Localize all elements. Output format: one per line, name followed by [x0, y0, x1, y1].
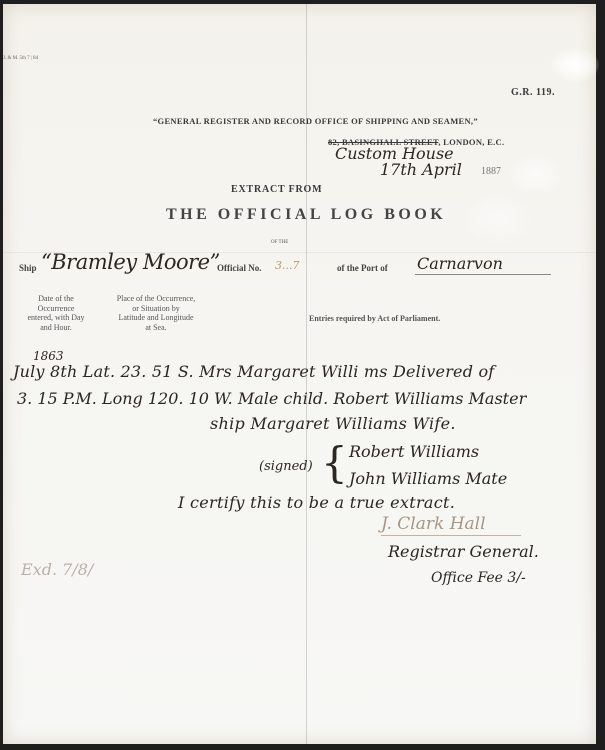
heading-extract-from: EXTRACT FROM — [231, 184, 322, 195]
printer-code: J. & M. 5th 7 | 84 — [3, 56, 38, 61]
document-frame: J. & M. 5th 7 | 84 G.R. 119. “GENERAL RE… — [0, 0, 605, 750]
entry-line-2: 3. 15 P.M. Long 120. 10 W. Male child. R… — [17, 389, 526, 408]
glare-spot — [551, 48, 599, 82]
log-extract-page: J. & M. 5th 7 | 84 G.R. 119. “GENERAL RE… — [3, 4, 596, 744]
signatory-mate: John Williams Mate — [349, 469, 507, 488]
column-header-date: Date of the Occurrence entered, with Day… — [16, 294, 96, 332]
port-underline — [415, 274, 551, 275]
ship-name: “Bramley Moore” — [41, 250, 220, 274]
official-no-label: Official No. — [217, 263, 262, 273]
form-reference: G.R. 119. — [511, 87, 555, 98]
year: 1887 — [481, 166, 501, 177]
office-title: “GENERAL REGISTER AND RECORD OFFICE OF S… — [153, 116, 478, 126]
registrar-signature: J. Clark Hall — [381, 514, 486, 534]
port-name: Carnarvon — [417, 254, 503, 273]
ship-label: Ship — [19, 263, 37, 273]
entry-line-1: July 8th Lat. 23. 51 S. Mrs Margaret Wil… — [13, 362, 494, 381]
date-handwritten: 17th April — [380, 160, 462, 179]
glare-spot — [508, 154, 563, 194]
signed-label: (signed) — [259, 459, 313, 474]
office-fee: Office Fee 3/- — [431, 570, 526, 586]
heading-of-the: OF THE — [271, 240, 288, 245]
entry-line-3: ship Margaret Williams Wife. — [210, 414, 456, 433]
glare-spot — [463, 194, 533, 244]
column-header-entries: Entries required by Act of Parliament. — [309, 314, 440, 324]
column-header-place: Place of the Occurrence, or Situation by… — [106, 294, 206, 332]
signatory-master: Robert Williams — [349, 442, 479, 461]
heading-official-log-book: THE OFFICIAL LOG BOOK — [166, 206, 446, 224]
registrar-title: Registrar General. — [388, 542, 539, 561]
registrar-signature-flourish — [381, 535, 521, 536]
port-label: of the Port of — [337, 263, 388, 273]
signature-brace: { — [321, 442, 348, 484]
entry-year: 1863 — [33, 349, 64, 363]
certification-statement: I certify this to be a true extract. — [178, 493, 455, 512]
margin-note: Exd. 7/8/ — [21, 560, 93, 579]
official-no-value: 3...7 — [275, 259, 300, 272]
